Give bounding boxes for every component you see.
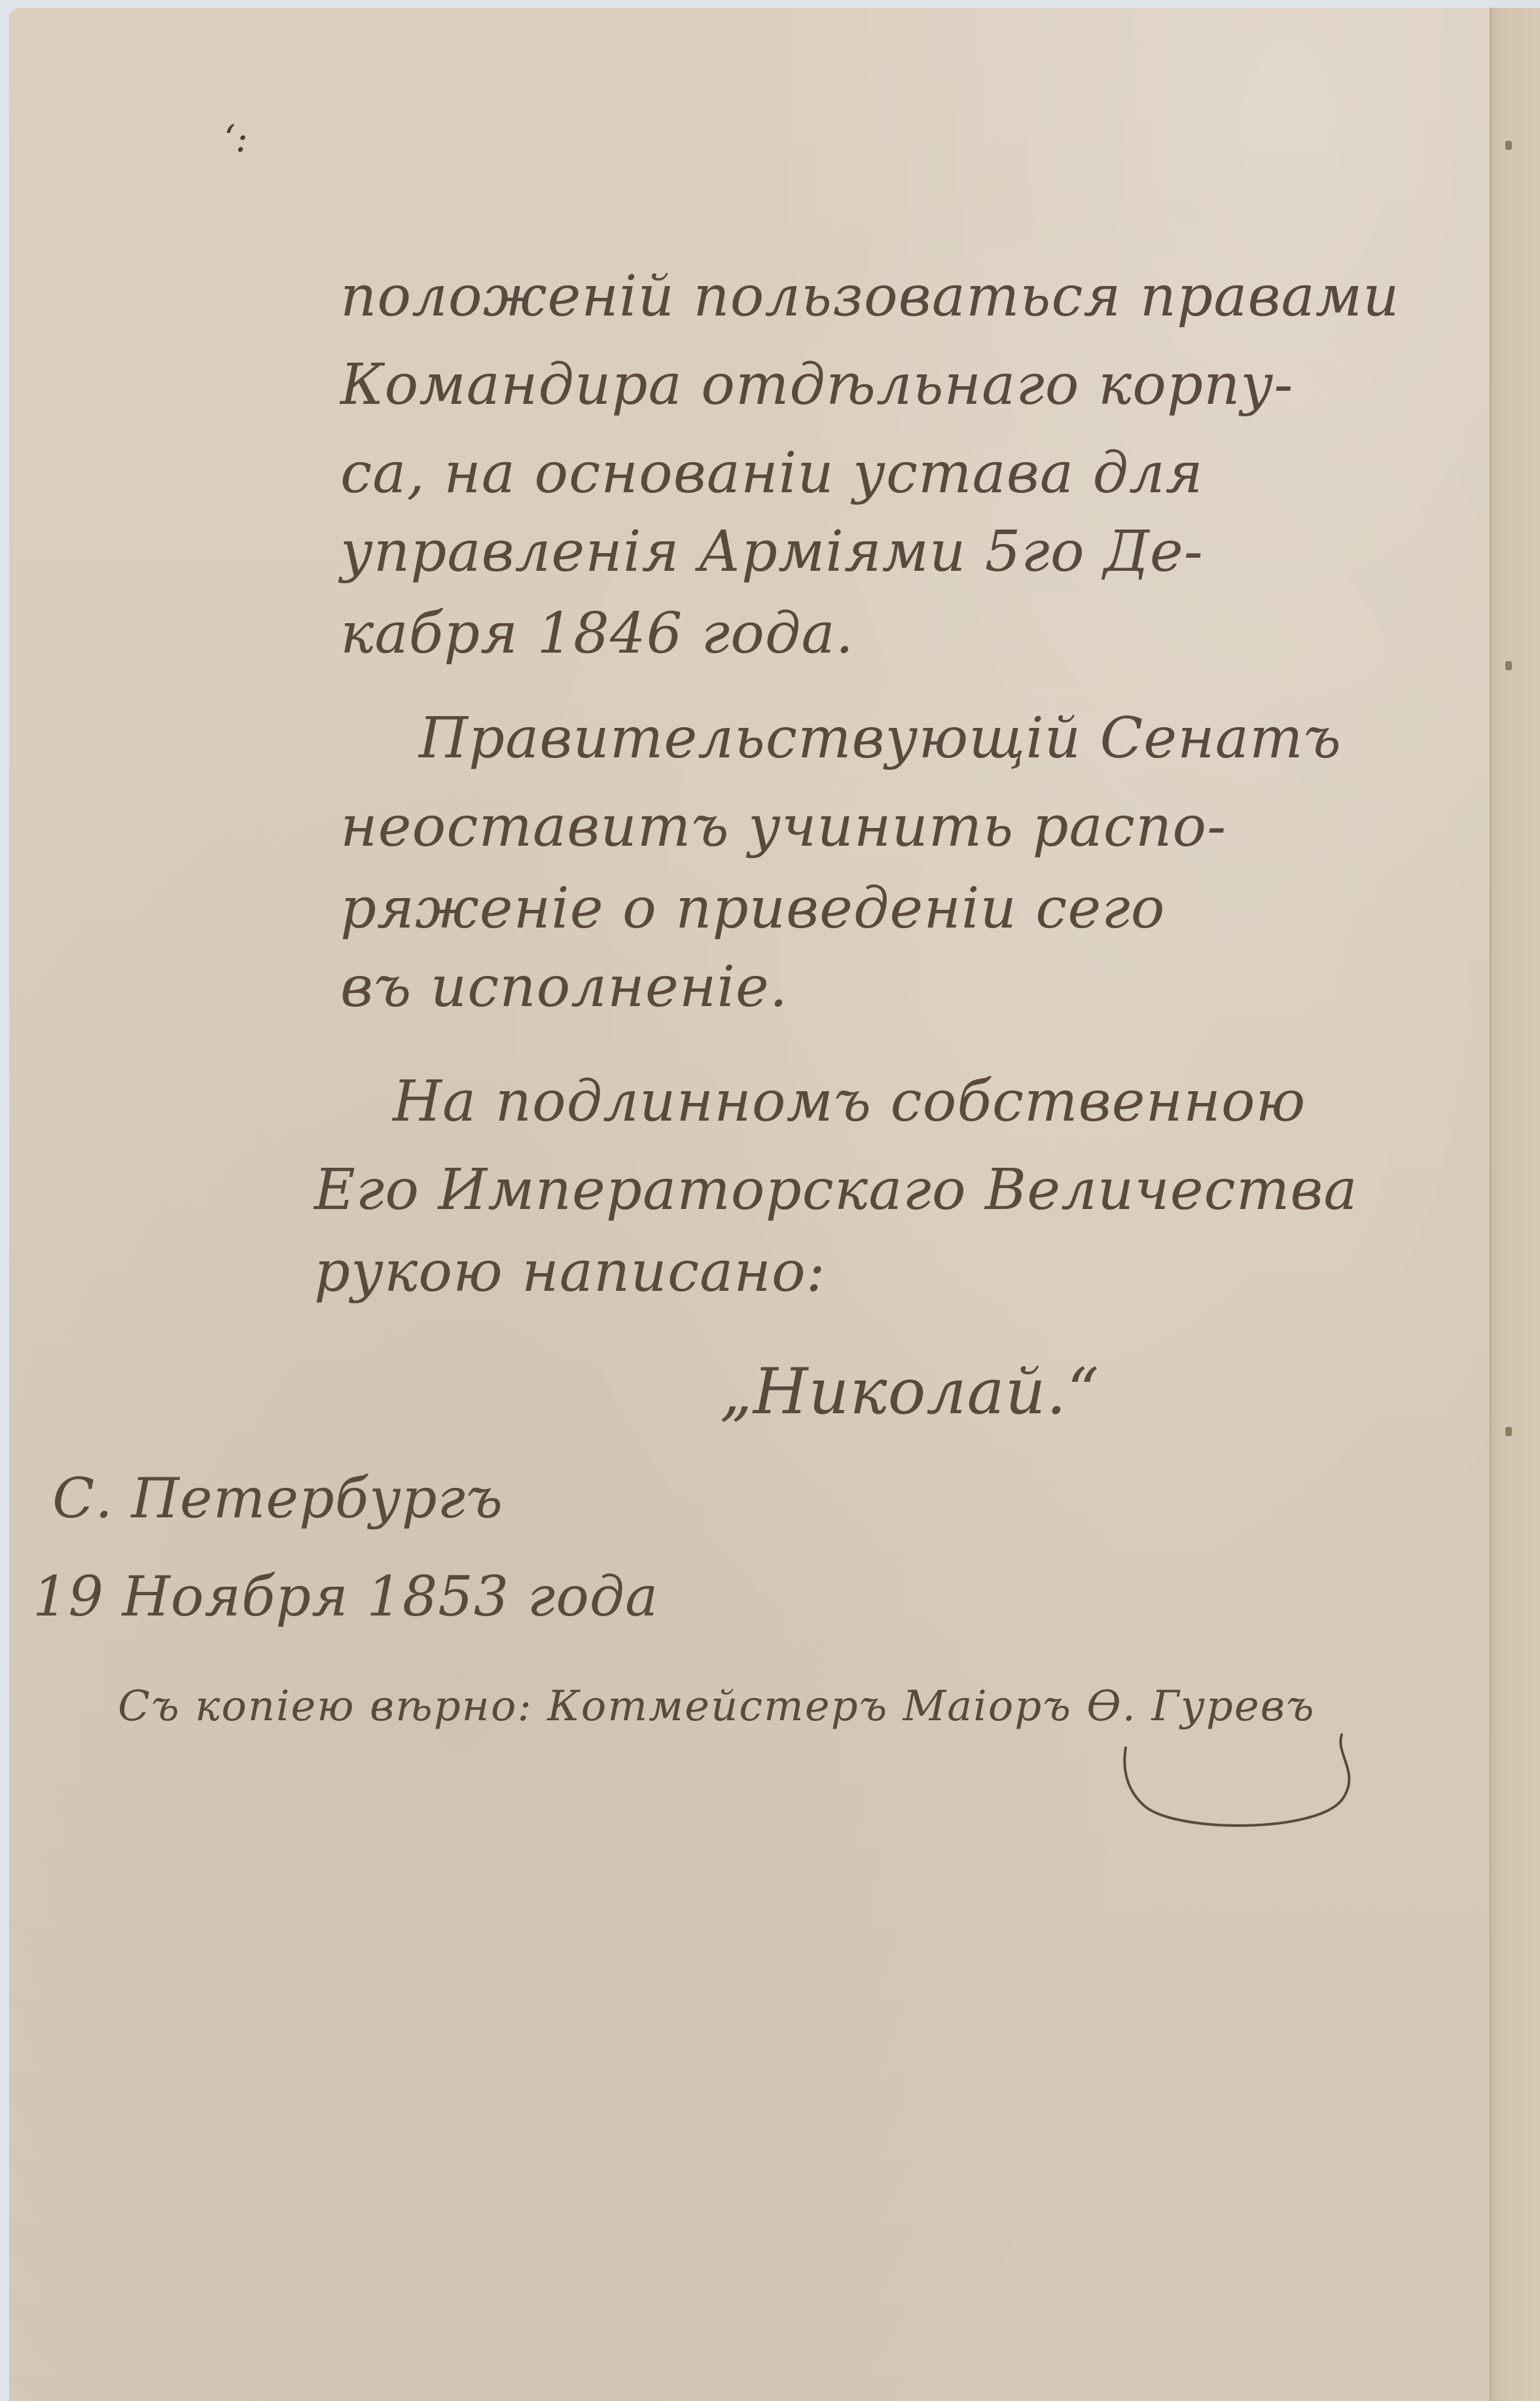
copy-certification: Съ копіею вѣрно: Котмейстеръ Маіоръ Ѳ. Г… bbox=[118, 1682, 1316, 1731]
attestation-line-2: Его Императорскаго Величества bbox=[314, 1162, 1358, 1218]
body-line-1: положеній пользоваться правами bbox=[340, 268, 1400, 325]
page-fold-edge bbox=[1490, 8, 1540, 2401]
place-of-issue: С. Петербургъ bbox=[52, 1466, 503, 1530]
date-of-issue: 19 Ноября 1853 года bbox=[33, 1564, 658, 1629]
attestation-line-1: На подлинномъ собственною bbox=[393, 1074, 1306, 1130]
body-line-4: управленія Арміями 5го Де- bbox=[340, 524, 1204, 580]
imperial-signature: „Николай.“ bbox=[720, 1355, 1100, 1428]
body-line-8: ряженіе о приведеніи сего bbox=[340, 880, 1166, 937]
body-line-2: Командира отдѣльнаго корпу- bbox=[340, 357, 1293, 413]
body-line-3: са, на основаніи устава для bbox=[340, 445, 1204, 501]
body-line-9: въ исполненіе. bbox=[340, 959, 788, 1015]
body-line-5: кабря 1846 года. bbox=[340, 605, 854, 662]
attestation-line-3: рукою написано: bbox=[314, 1244, 826, 1300]
body-line-7: неоставитъ учинить распо- bbox=[340, 799, 1227, 855]
corner-ink-mark: ʻ: bbox=[224, 118, 243, 157]
fold-tear-mark bbox=[1505, 141, 1512, 150]
signature-flourish-icon bbox=[1100, 1728, 1361, 1833]
body-line-6: Правительствующій Сенатъ bbox=[419, 710, 1342, 767]
fold-tear-mark bbox=[1505, 661, 1512, 670]
fold-tear-mark bbox=[1505, 1427, 1512, 1436]
